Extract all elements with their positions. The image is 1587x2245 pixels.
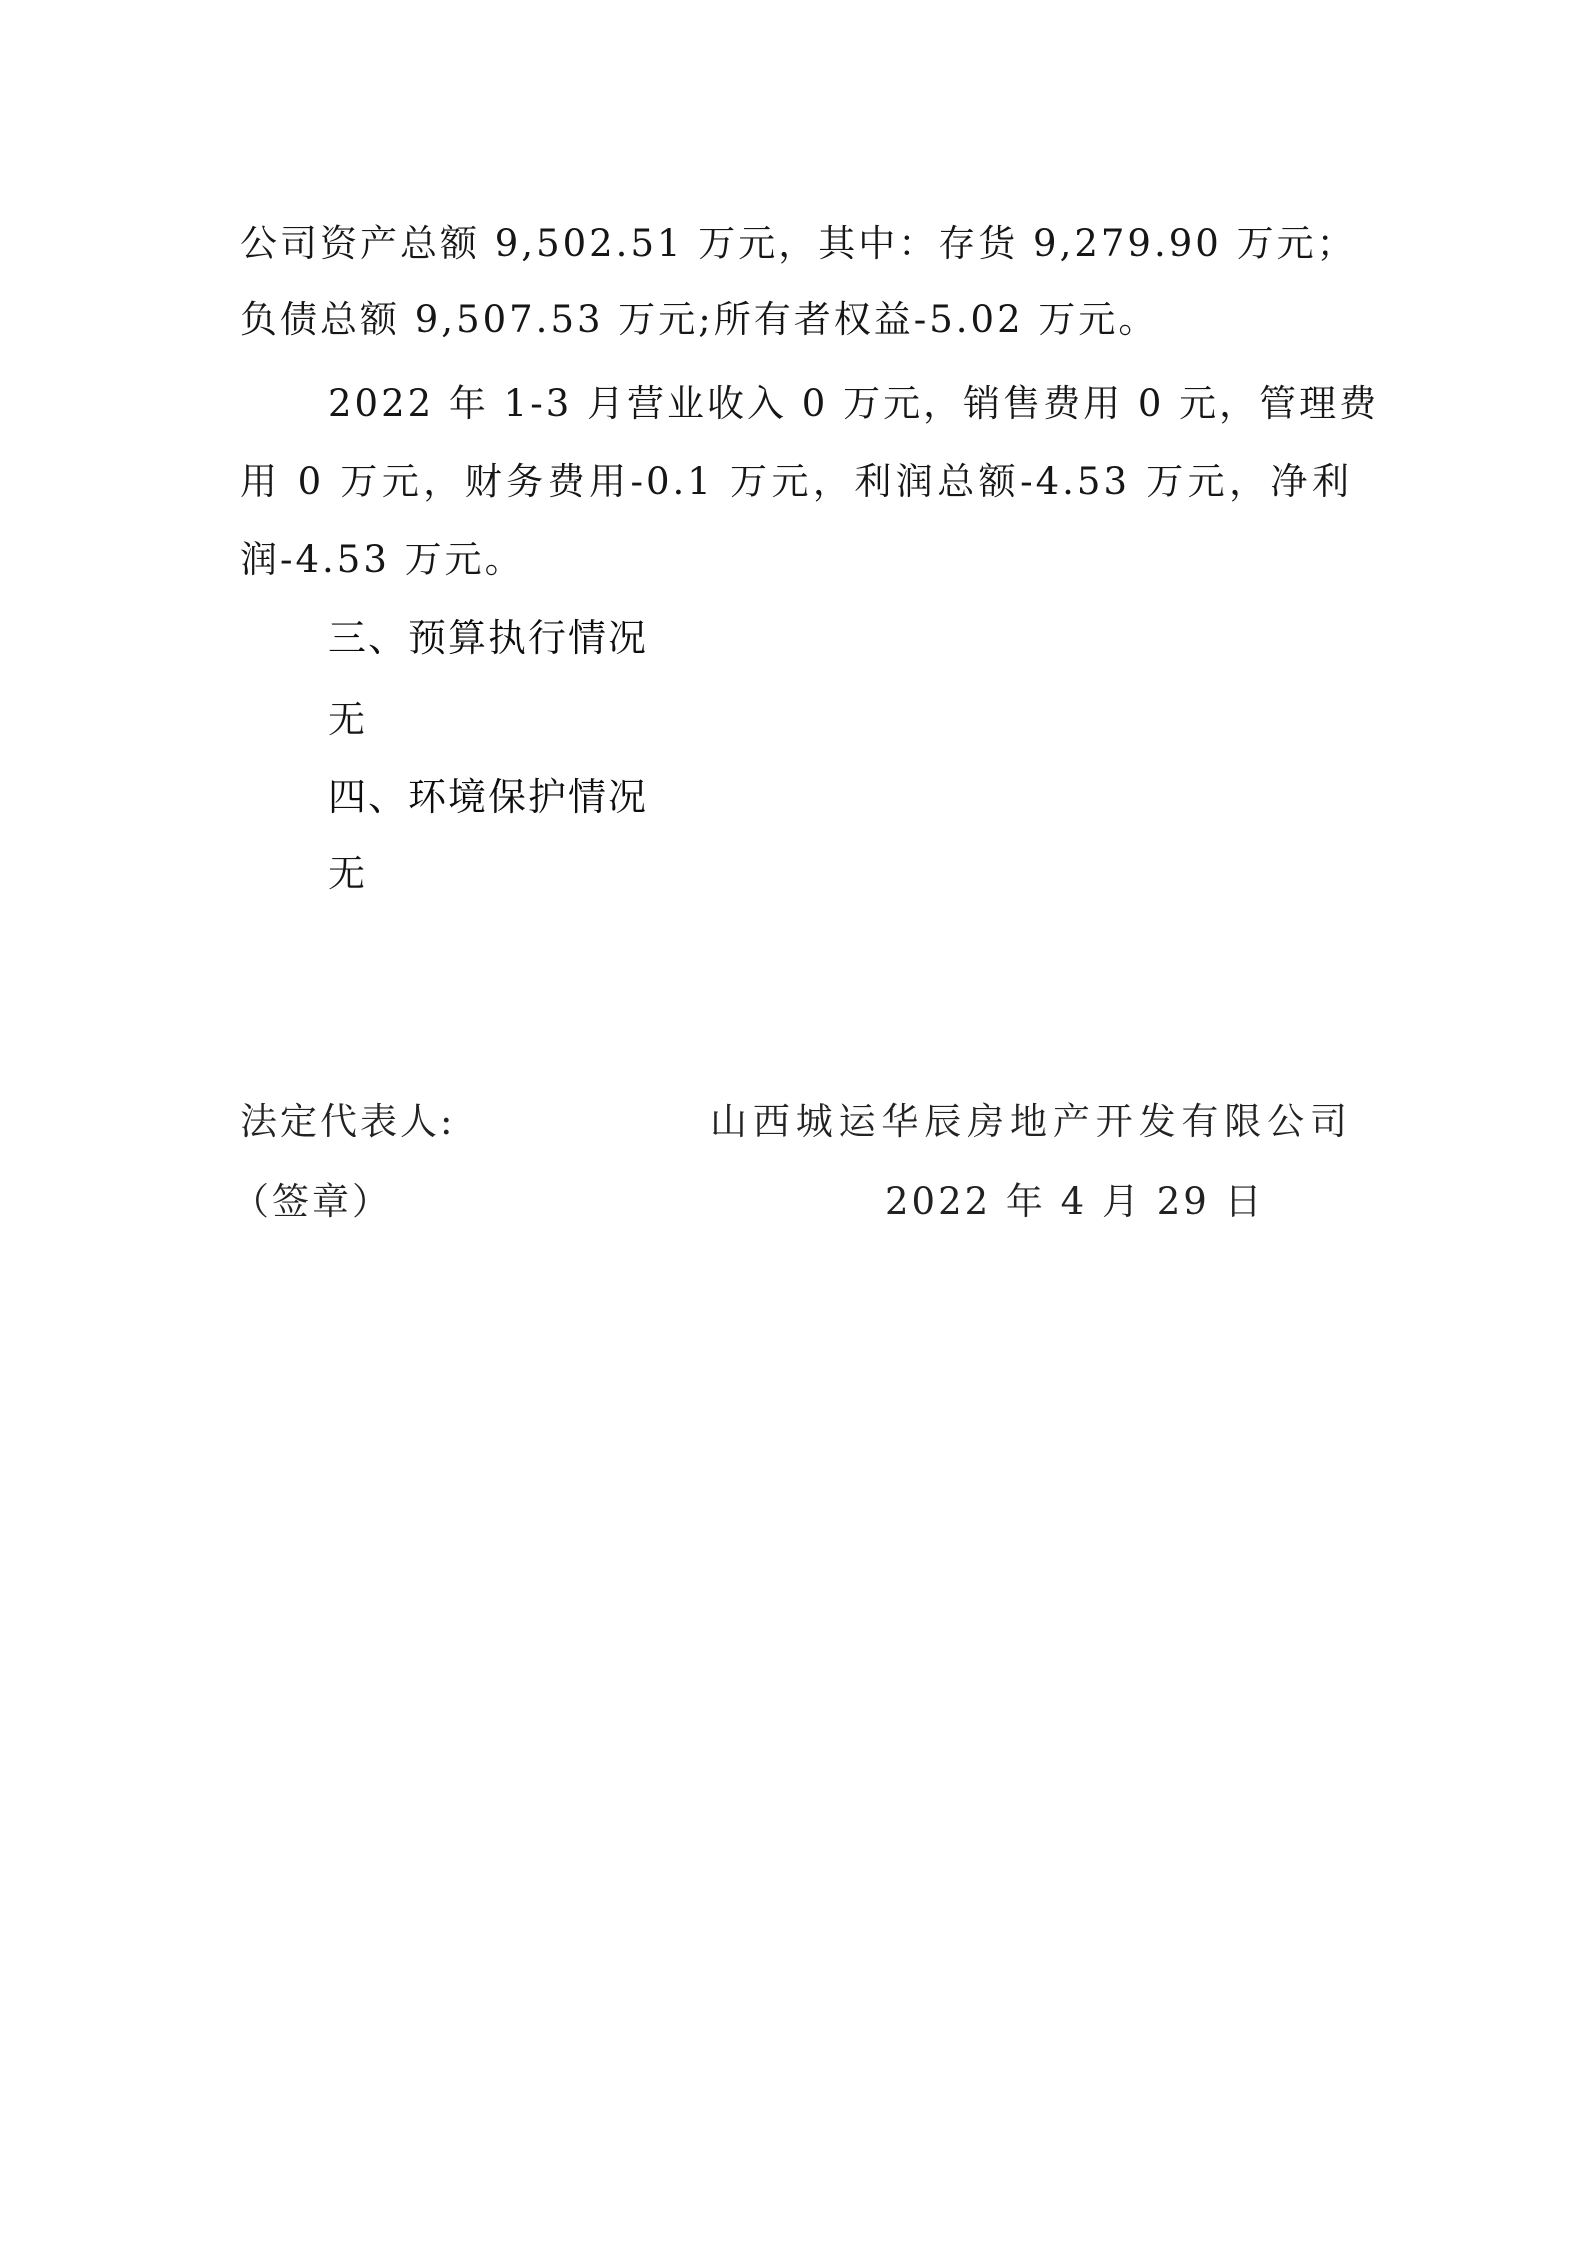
paragraph-financial-summary-line-1: 公司资产总额 9,502.51 万元，其中：存货 9,279.90 万元； (240, 222, 1352, 266)
section-content-environmental-protection: 无 (328, 852, 368, 896)
section-heading-budget-execution: 三、预算执行情况 (328, 616, 648, 660)
paragraph-q1-operations-line-2: 用 0 万元，财务费用-0.1 万元，利润总额-4.53 万元，净利 (240, 460, 1352, 504)
seal-label: （签章） (232, 1180, 392, 1224)
paragraph-q1-operations-line-3: 润-4.53 万元。 (240, 538, 525, 582)
document-page: 公司资产总额 9,502.51 万元，其中：存货 9,279.90 万元； 负债… (0, 0, 1587, 2245)
paragraph-q1-operations-line-1: 2022 年 1-3 月营业收入 0 万元，销售费用 0 元，管理费 (328, 382, 1352, 426)
signature-date: 2022 年 4 月 29 日 (885, 1180, 1265, 1224)
paragraph-financial-summary-line-2: 负债总额 9,507.53 万元;所有者权益-5.02 万元。 (240, 298, 1158, 342)
section-content-budget-execution: 无 (328, 698, 368, 742)
company-name: 山西城运华辰房地产开发有限公司 (710, 1100, 1350, 1144)
section-heading-environmental-protection: 四、环境保护情况 (328, 775, 648, 819)
legal-representative-label: 法定代表人: (240, 1100, 455, 1144)
